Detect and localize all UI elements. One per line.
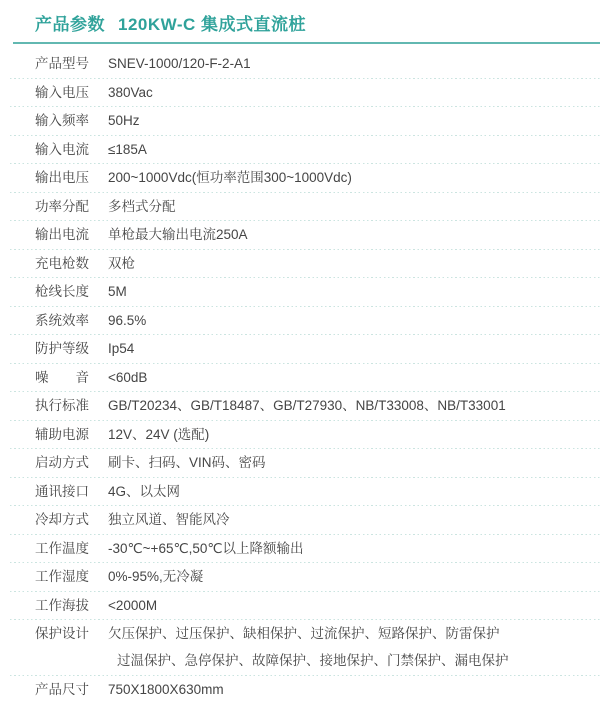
- spec-row: 工作海拔 <2000M: [0, 592, 600, 621]
- spec-value: ≤185A: [108, 140, 600, 161]
- spec-value-line1: 380Vac: [108, 83, 592, 104]
- header-rule: [13, 42, 600, 44]
- spec-value: -30℃~+65℃,50℃以上降额输出: [108, 539, 600, 560]
- spec-value-line1: 刷卡、扫码、VIN码、密码: [108, 453, 592, 474]
- spec-value-line1: 单枪最大输出电流250A: [108, 225, 592, 246]
- spec-value-line1: GB/T20234、GB/T18487、GB/T27930、NB/T33008、…: [108, 396, 592, 417]
- spec-label: 噪 音: [35, 368, 108, 389]
- spec-value-line1: 50Hz: [108, 111, 592, 132]
- spec-sheet-header: 产品参数120KW-C 集成式直流桩: [0, 0, 600, 44]
- spec-row: 输入电压 380Vac: [0, 79, 600, 108]
- spec-row: 输入频率 50Hz: [0, 107, 600, 136]
- spec-value: 750X1800X630mm: [108, 680, 600, 701]
- spec-value-line1: 750X1800X630mm: [108, 680, 592, 701]
- spec-value: 200~1000Vdc(恒功率范围300~1000Vdc): [108, 168, 600, 189]
- spec-label: 产品尺寸: [35, 680, 108, 701]
- spec-value: 5M: [108, 282, 600, 303]
- spec-row: 输出电压 200~1000Vdc(恒功率范围300~1000Vdc): [0, 164, 600, 193]
- spec-sheet: 产品参数120KW-C 集成式直流桩 产品型号 SNEV-1000/120-F-…: [0, 0, 600, 709]
- spec-value: 刷卡、扫码、VIN码、密码: [108, 453, 600, 474]
- spec-value: 4G、以太网: [108, 482, 600, 503]
- spec-row: 工作温度 -30℃~+65℃,50℃以上降额输出: [0, 535, 600, 564]
- spec-label: 冷却方式: [35, 510, 108, 531]
- spec-label: 枪线长度: [35, 282, 108, 303]
- spec-label: 系统效率: [35, 311, 108, 332]
- spec-value-line1: -30℃~+65℃,50℃以上降额输出: [108, 539, 592, 560]
- spec-row: 冷却方式 独立风道、智能风冷: [0, 506, 600, 535]
- spec-value-line1: 双枪: [108, 254, 592, 275]
- spec-value: Ip54: [108, 339, 600, 360]
- spec-label: 功率分配: [35, 197, 108, 218]
- spec-value: 380Vac: [108, 83, 600, 104]
- spec-row: 防护等级 Ip54: [0, 335, 600, 364]
- spec-row: 执行标准 GB/T20234、GB/T18487、GB/T27930、NB/T3…: [0, 392, 600, 421]
- spec-value-line1: Ip54: [108, 339, 592, 360]
- spec-value-line1: 200~1000Vdc(恒功率范围300~1000Vdc): [108, 168, 592, 189]
- spec-row: 输出电流 单枪最大输出电流250A: [0, 221, 600, 250]
- spec-label: 工作湿度: [35, 567, 108, 588]
- spec-value: <60dB: [108, 368, 600, 389]
- spec-value: 双枪: [108, 254, 600, 275]
- spec-value-line1: ≤185A: [108, 140, 592, 161]
- spec-label: 辅助电源: [35, 425, 108, 446]
- spec-value-line1: SNEV-1000/120-F-2-A1: [108, 54, 592, 75]
- spec-value-line1: 0%-95%,无冷凝: [108, 567, 592, 588]
- spec-value: 多档式分配: [108, 197, 600, 218]
- spec-label: 输入电压: [35, 83, 108, 104]
- spec-row: 系统效率 96.5%: [0, 307, 600, 336]
- spec-value: GB/T20234、GB/T18487、GB/T27930、NB/T33008、…: [108, 396, 600, 417]
- spec-label: 输入频率: [35, 111, 108, 132]
- spec-label: 输入电流: [35, 140, 108, 161]
- spec-row: 产品型号 SNEV-1000/120-F-2-A1: [0, 50, 600, 79]
- spec-row: 辅助电源 12V、24V (选配): [0, 421, 600, 450]
- page-title: 产品参数120KW-C 集成式直流桩: [0, 14, 600, 35]
- spec-value: 0%-95%,无冷凝: [108, 567, 600, 588]
- spec-value-line1: <2000M: [108, 596, 592, 617]
- page-title-label: 产品参数: [35, 15, 105, 34]
- spec-label: 启动方式: [35, 453, 108, 474]
- spec-row: 产品尺寸 750X1800X630mm: [0, 676, 600, 705]
- spec-value: 独立风道、智能风冷: [108, 510, 600, 531]
- spec-label: 通讯接口: [35, 482, 108, 503]
- spec-label: 执行标准: [35, 396, 108, 417]
- spec-row: 保护设计 欠压保护、过压保护、缺相保护、过流保护、短路保护、防雷保护 过温保护、…: [0, 620, 600, 676]
- spec-row: 功率分配 多档式分配: [0, 193, 600, 222]
- spec-row: 通讯接口 4G、以太网: [0, 478, 600, 507]
- spec-value-line1: 96.5%: [108, 311, 592, 332]
- spec-row: 噪 音 <60dB: [0, 364, 600, 393]
- spec-value-line1: <60dB: [108, 368, 592, 389]
- spec-value-line1: 4G、以太网: [108, 482, 592, 503]
- spec-row: 充电枪数 双枪: [0, 250, 600, 279]
- spec-label: 保护设计: [35, 624, 108, 645]
- spec-value: 单枪最大输出电流250A: [108, 225, 600, 246]
- spec-row: 枪线长度 5M: [0, 278, 600, 307]
- spec-value: <2000M: [108, 596, 600, 617]
- spec-table: 产品型号 SNEV-1000/120-F-2-A1 输入电压 380Vac 输入…: [0, 50, 600, 704]
- spec-label: 工作海拔: [35, 596, 108, 617]
- spec-label: 产品型号: [35, 54, 108, 75]
- spec-label: 输出电流: [35, 225, 108, 246]
- spec-label: 工作温度: [35, 539, 108, 560]
- spec-value-line1: 5M: [108, 282, 592, 303]
- spec-value: 欠压保护、过压保护、缺相保护、过流保护、短路保护、防雷保护 过温保护、急停保护、…: [108, 624, 600, 672]
- spec-value: 50Hz: [108, 111, 600, 132]
- spec-value-line1: 独立风道、智能风冷: [108, 510, 592, 531]
- spec-label: 防护等级: [35, 339, 108, 360]
- spec-row: 输入电流 ≤185A: [0, 136, 600, 165]
- spec-value-line1: 多档式分配: [108, 197, 592, 218]
- spec-label: 充电枪数: [35, 254, 108, 275]
- spec-value: 12V、24V (选配): [108, 425, 600, 446]
- spec-value-line1: 12V、24V (选配): [108, 425, 592, 446]
- spec-label: 输出电压: [35, 168, 108, 189]
- spec-value-line2: 过温保护、急停保护、故障保护、接地保护、门禁保护、漏电保护: [108, 651, 592, 672]
- spec-row: 工作湿度 0%-95%,无冷凝: [0, 563, 600, 592]
- page-title-model: 120KW-C 集成式直流桩: [118, 15, 306, 34]
- spec-value-line1: 欠压保护、过压保护、缺相保护、过流保护、短路保护、防雷保护: [108, 624, 592, 645]
- spec-value: 96.5%: [108, 311, 600, 332]
- spec-value: SNEV-1000/120-F-2-A1: [108, 54, 600, 75]
- spec-row: 启动方式 刷卡、扫码、VIN码、密码: [0, 449, 600, 478]
